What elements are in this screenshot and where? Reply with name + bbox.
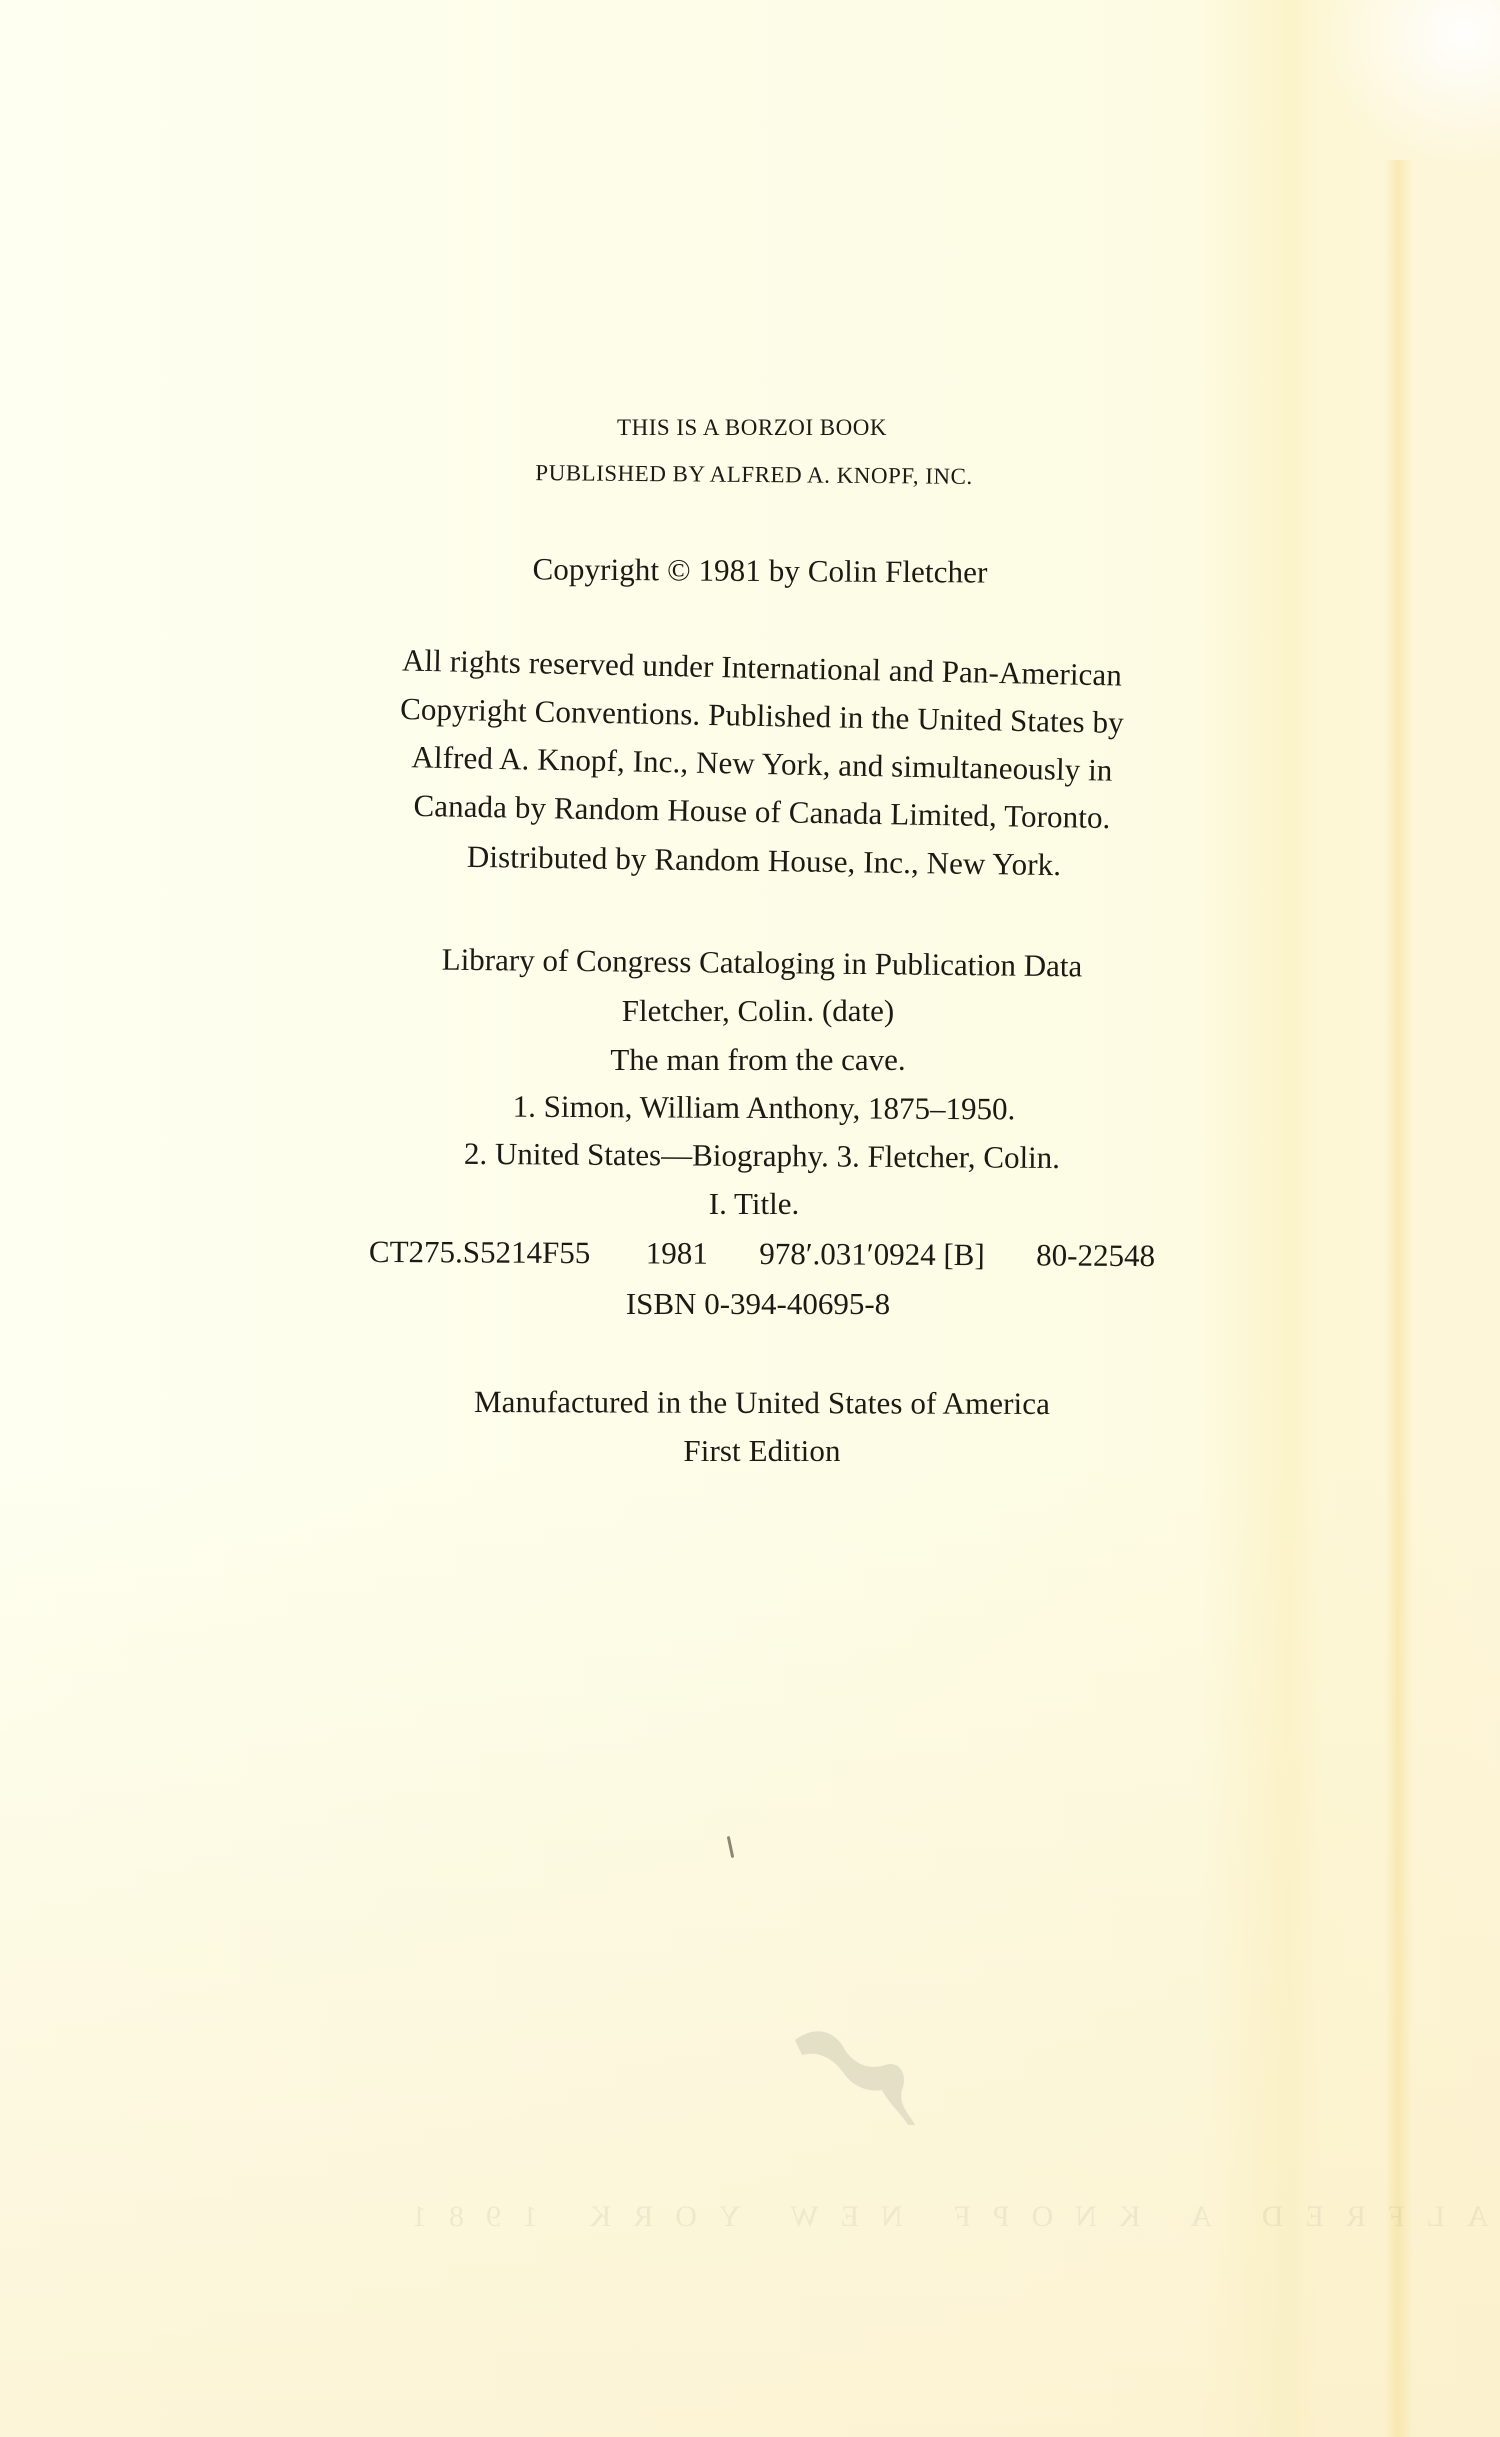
light-glare [1320, 0, 1500, 170]
borzoi-logo-bleed-through-icon [790, 2020, 920, 2130]
isbn: ISBN 0-394-40695-8 [8, 1286, 1500, 1322]
cip-title: The man from the cave. [8, 1042, 1500, 1078]
book-page: THIS IS A BORZOI BOOK PUBLISHED BY ALFRE… [0, 0, 1500, 2437]
cip-classification-row: CT275.S5214F55 1981 978′.031′0924 [B] 80… [12, 1232, 1500, 1276]
publication-year: 1981 [646, 1235, 708, 1270]
cip-heading: Library of Congress Cataloging in Public… [12, 937, 1500, 989]
edition: First Edition [12, 1433, 1500, 1469]
bleed-through-text: ALFRED A KNOPF NEW YORK 1981 [390, 2200, 1489, 2234]
imprint-line-2: PUBLISHED BY ALFRED A. KNOPF, INC. [4, 455, 1500, 494]
dewey-number: 978′.031′0924 [B] [759, 1236, 985, 1272]
copyright-notice: Copyright © 1981 by Colin Fletcher [10, 548, 1500, 594]
lccn: 80-22548 [1036, 1237, 1155, 1273]
stray-ink-mark [727, 1836, 735, 1858]
cip-subject-1: 1. Simon, William Anthony, 1875–1950. [14, 1086, 1500, 1130]
cip-author: Fletcher, Colin. (date) [8, 993, 1500, 1029]
imprint-line-1: THIS IS A BORZOI BOOK [2, 415, 1500, 441]
rights-line: Distributed by Random House, Inc., New Y… [14, 833, 1500, 890]
cip-subject-2: 2. United States—Biography. 3. Fletcher,… [12, 1133, 1500, 1179]
cip-subject-3: I. Title. [4, 1186, 1500, 1222]
call-number: CT275.S5214F55 [369, 1234, 591, 1270]
manufactured-in: Manufactured in the United States of Ame… [12, 1382, 1500, 1423]
